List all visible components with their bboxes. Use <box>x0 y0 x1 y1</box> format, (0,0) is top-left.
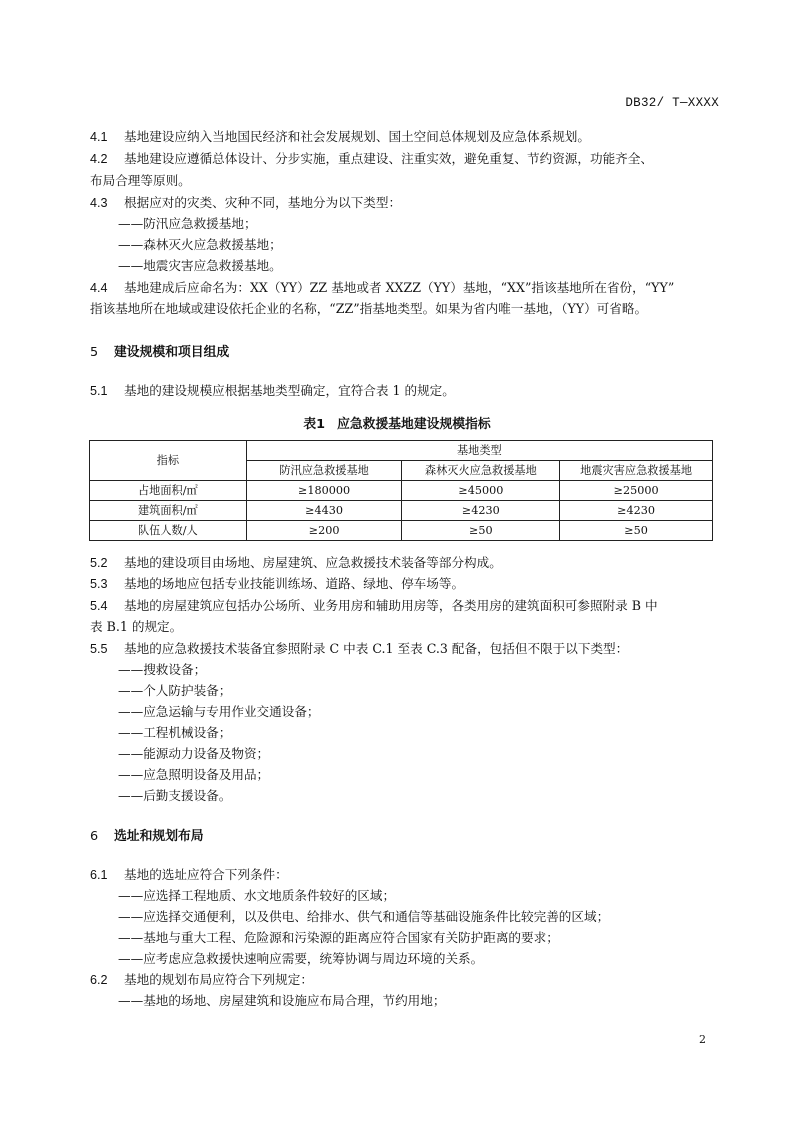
table-row: 队伍人数/人 ≥200 ≥50 ≥50 <box>90 521 713 541</box>
clause-5-4-continued: 表 B.1 的规定。 <box>90 619 182 635</box>
table-cell: ≥4230 <box>560 501 713 521</box>
clause-number: 4.4 <box>90 280 124 296</box>
clause-6-2: 6.2基地的规划布局应符合下列规定： <box>90 972 313 988</box>
clause-text: 基地的应急救援技术装备宜参照附录 C 中表 C.1 至表 C.3 配备，包括但不… <box>124 641 628 656</box>
column-header: 防汛应急救援基地 <box>246 461 402 481</box>
clause-text: 基地的建设规模应根据基地类型确定，宜符合表 1 的规定。 <box>124 383 455 398</box>
clause-number: 5.1 <box>90 383 124 399</box>
clause-4-3: 4.3根据应对的灾类、灾种不同，基地分为以下类型： <box>90 195 401 211</box>
row-label: 占地面积/㎡ <box>90 481 247 501</box>
column-header: 地震灾害应急救援基地 <box>560 461 713 481</box>
section-title: 建设规模和项目组成 <box>114 345 229 360</box>
list-item: ——基地的场地、房屋建筑和设施应布局合理，节约用地； <box>118 993 445 1009</box>
clause-number: 6.1 <box>90 867 124 883</box>
clause-text: 根据应对的灾类、灾种不同，基地分为以下类型： <box>124 195 401 210</box>
column-header: 森林灭火应急救援基地 <box>402 461 560 481</box>
section-number: 6 <box>90 829 114 844</box>
table-caption: 表1应急救援基地建设规模指标 <box>0 413 794 432</box>
clause-number: 5.3 <box>90 576 124 592</box>
list-item: ——个人防护装备； <box>118 683 231 699</box>
list-item: ——能源动力设备及物资； <box>118 746 269 762</box>
clause-5-5: 5.5基地的应急救援技术装备宜参照附录 C 中表 C.1 至表 C.3 配备，包… <box>90 641 628 657</box>
table-header-row: 指标 基地类型 <box>90 441 713 461</box>
table-cell: ≥4230 <box>402 501 560 521</box>
list-item: ——应急照明设备及用品； <box>118 767 269 783</box>
document-page: DB32/ T—XXXX 4.1基地建设应纳入当地国民经济和社会发展规划、国土空… <box>0 0 794 1123</box>
list-item: ——应急运输与专用作业交通设备； <box>118 704 320 720</box>
list-item: ——后勤支援设备。 <box>118 788 231 804</box>
clause-text: 基地建设应遵循总体设计、分步实施，重点建设、注重实效，避免重复、节约资源，功能齐… <box>124 151 653 166</box>
table-cell: ≥50 <box>402 521 560 541</box>
section-heading-6: 6选址和规划布局 <box>90 825 204 844</box>
clause-text: 基地建成后应命名为：XX（YY）ZZ 基地或者 XXZZ（YY）基地，“XX”指… <box>124 280 674 295</box>
page-number: 2 <box>699 1033 706 1046</box>
clause-4-4: 4.4基地建成后应命名为：XX（YY）ZZ 基地或者 XXZZ（YY）基地，“X… <box>90 280 674 296</box>
clause-4-1: 4.1基地建设应纳入当地国民经济和社会发展规划、国土空间总体规划及应急体系规划。 <box>90 129 590 145</box>
clause-4-4-continued: 指该基地所在地域或建设依托企业的名称，“ZZ”指基地类型。如果为省内唯一基地，（… <box>90 301 647 317</box>
table-number: 表1 <box>303 417 325 432</box>
clause-text: 基地的建设项目由场地、房屋建筑、应急救援技术装备等部分构成。 <box>124 555 502 570</box>
list-item: ——基地与重大工程、危险源和污染源的距离应符合国家有关防护距离的要求； <box>118 930 559 946</box>
row-label: 队伍人数/人 <box>90 521 247 541</box>
list-item: ——地震灾害应急救援基地。 <box>118 258 282 274</box>
table-cell: ≥4430 <box>246 501 402 521</box>
clause-5-3: 5.3基地的场地应包括专业技能训练场、道路、绿地、停车场等。 <box>90 576 464 592</box>
table-cell: ≥180000 <box>246 481 402 501</box>
clause-5-2: 5.2基地的建设项目由场地、房屋建筑、应急救援技术装备等部分构成。 <box>90 555 502 571</box>
table-cell: ≥200 <box>246 521 402 541</box>
table-cell: ≥25000 <box>560 481 713 501</box>
section-title: 选址和规划布局 <box>114 829 204 844</box>
scale-indicator-table: 指标 基地类型 防汛应急救援基地 森林灭火应急救援基地 地震灾害应急救援基地 占… <box>89 440 713 541</box>
clause-4-2: 4.2基地建设应遵循总体设计、分步实施，重点建设、注重实效，避免重复、节约资源，… <box>90 151 653 167</box>
clause-number: 4.3 <box>90 195 124 211</box>
clause-text: 基地的房屋建筑应包括办公场所、业务用房和辅助用房等，各类用房的建筑面积可参照附录… <box>124 598 658 613</box>
clause-number: 5.4 <box>90 598 124 614</box>
list-item: ——应考虑应急救援快速响应需要，统筹协调与周边环境的关系。 <box>118 951 483 967</box>
row-label: 建筑面积/㎡ <box>90 501 247 521</box>
table-cell: ≥50 <box>560 521 713 541</box>
clause-number: 5.2 <box>90 555 124 571</box>
list-item: ——搜救设备； <box>118 662 206 678</box>
clause-text: 基地的规划布局应符合下列规定： <box>124 972 313 987</box>
clause-text: 基地建设应纳入当地国民经济和社会发展规划、国土空间总体规划及应急体系规划。 <box>124 129 590 144</box>
list-item: ——森林灭火应急救援基地； <box>118 237 282 253</box>
list-item: ——应选择交通便利，以及供电、给排水、供气和通信等基础设施条件比较完善的区域； <box>118 909 609 925</box>
clause-4-2-continued: 布局合理等原则。 <box>90 173 191 189</box>
clause-6-1: 6.1基地的选址应符合下列条件： <box>90 867 288 883</box>
list-item: ——应选择工程地质、水文地质条件较好的区域； <box>118 888 395 904</box>
clause-5-4: 5.4基地的房屋建筑应包括办公场所、业务用房和辅助用房等，各类用房的建筑面积可参… <box>90 598 658 614</box>
clause-number: 4.1 <box>90 129 124 145</box>
table-cell: ≥45000 <box>402 481 560 501</box>
section-heading-5: 5建设规模和项目组成 <box>90 341 229 360</box>
list-item: ——工程机械设备； <box>118 725 231 741</box>
clause-number: 5.5 <box>90 641 124 657</box>
clause-text: 基地的选址应符合下列条件： <box>124 867 288 882</box>
clause-text: 基地的场地应包括专业技能训练场、道路、绿地、停车场等。 <box>124 576 464 591</box>
table-row: 占地面积/㎡ ≥180000 ≥45000 ≥25000 <box>90 481 713 501</box>
section-number: 5 <box>90 345 114 360</box>
clause-number: 6.2 <box>90 972 124 988</box>
header-group: 基地类型 <box>246 441 712 461</box>
table-title: 应急救援基地建设规模指标 <box>337 417 491 432</box>
list-item: ——防汛应急救援基地； <box>118 216 257 232</box>
table-row: 建筑面积/㎡ ≥4430 ≥4230 ≥4230 <box>90 501 713 521</box>
clause-number: 4.2 <box>90 151 124 167</box>
document-code: DB32/ T—XXXX <box>625 96 719 110</box>
clause-5-1: 5.1基地的建设规模应根据基地类型确定，宜符合表 1 的规定。 <box>90 383 455 399</box>
header-indicator: 指标 <box>90 441 247 481</box>
